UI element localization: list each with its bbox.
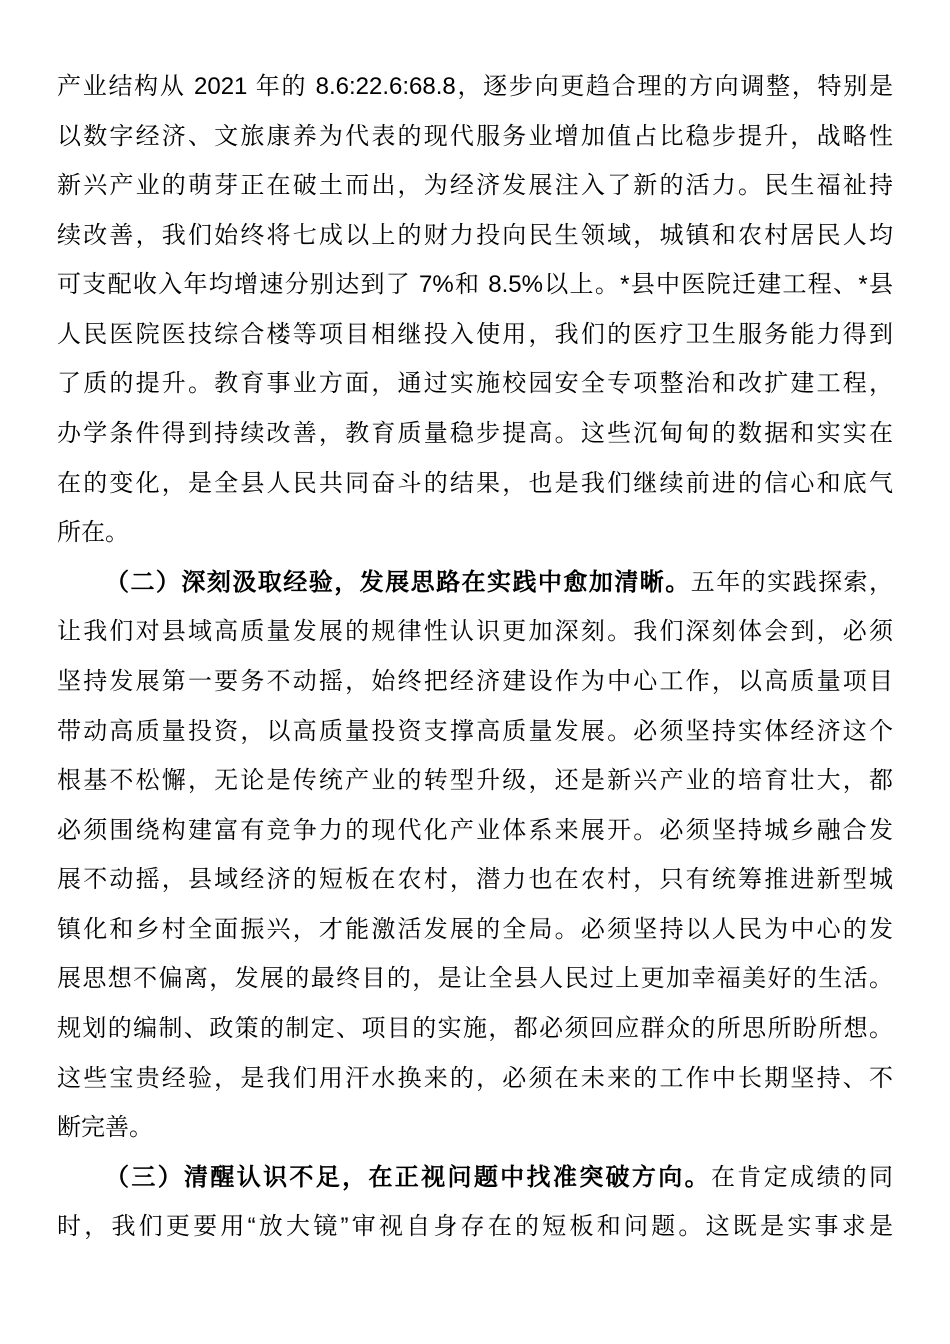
text-line: 人民医院医技综合楼等项目相继投入使用，我们的医疗卫生服务能力得到 [57, 310, 893, 360]
body-text: 规划的编制、政策的制定、项目的实施，都必须回应群众的所思所盼所想。 [57, 1015, 893, 1042]
body-text: 在的变化，是全县人民共同奋斗的结果，也是我们继续前进的信心和底气 [57, 470, 893, 497]
text-line: 镇化和乡村全面振兴，才能激活发展的全局。必须坚持以人民为中心的发 [57, 905, 893, 955]
text-line: 展不动摇，县域经济的短板在农村，潜力也在农村，只有统筹推进新型城 [57, 855, 893, 905]
body-text: 必须围绕构建富有竞争力的现代化产业体系来展开。必须坚持城乡融合发 [57, 817, 893, 844]
section-heading-text: （三）清醒认识不足，在正视问题中找准突破方向。 [105, 1164, 711, 1191]
text-line: 根基不松懈，无论是传统产业的转型升级，还是新兴产业的培育壮大，都 [57, 756, 893, 806]
body-text: 在肯定成绩的同 [711, 1164, 893, 1191]
body-text: 让我们对县域高质量发展的规律性认识更加深刻。我们深刻体会到，必须 [57, 618, 893, 645]
text-line: 展思想不偏离，发展的最终目的，是让全县人民过上更加幸福美好的生活。 [57, 954, 893, 1004]
text-line: 这些宝贵经验，是我们用汗水换来的，必须在未来的工作中长期坚持、不 [57, 1054, 893, 1104]
body-text: 以数字经济、文旅康养为代表的现代服务业增加值占比稳步提升，战略性 [57, 123, 893, 150]
body-text: 展不动摇，县域经济的短板在农村，潜力也在农村，只有统筹推进新型城 [57, 866, 893, 893]
document-page: 产业结构从 2021 年的 8.6:22.6:68.8，逐步向更趋合理的方向调整… [0, 0, 950, 1344]
text-line: 所在。 [57, 508, 893, 558]
text-line: 办学条件得到持续改善，教育质量稳步提高。这些沉甸甸的数据和实实在 [57, 409, 893, 459]
text-line: 时，我们更要用“放大镜”审视自身存在的短板和问题。这既是实事求是 [57, 1202, 893, 1252]
text-line: 让我们对县域高质量发展的规律性认识更加深刻。我们深刻体会到，必须 [57, 607, 893, 657]
body-text: 展思想不偏离，发展的最终目的，是让全县人民过上更加幸福美好的生活。 [57, 965, 893, 992]
body-text: 产业结构从 2021 年的 8.6:22.6:68.8，逐步向更趋合理的方向调整… [57, 73, 893, 100]
body-text: 坚持发展第一要务不动摇，始终把经济建设作为中心工作，以高质量项目 [57, 668, 893, 695]
body-text: 人民医院医技综合楼等项目相继投入使用，我们的医疗卫生服务能力得到 [57, 321, 893, 348]
document-body: 产业结构从 2021 年的 8.6:22.6:68.8，逐步向更趋合理的方向调整… [57, 62, 893, 1252]
text-line: 带动高质量投资，以高质量投资支撑高质量发展。必须坚持实体经济这个 [57, 707, 893, 757]
text-line: 必须围绕构建富有竞争力的现代化产业体系来展开。必须坚持城乡融合发 [57, 806, 893, 856]
body-text: 了质的提升。教育事业方面，通过实施校园安全专项整治和改扩建工程， [57, 370, 893, 397]
body-text: 带动高质量投资，以高质量投资支撑高质量发展。必须坚持实体经济这个 [57, 718, 893, 745]
body-text: 五年的实践探索， [691, 569, 893, 596]
section-heading-text: （二）深刻汲取经验，发展思路在实践中愈加清晰。 [105, 569, 691, 596]
text-line: 规划的编制、政策的制定、项目的实施，都必须回应群众的所思所盼所想。 [57, 1004, 893, 1054]
text-line: 以数字经济、文旅康养为代表的现代服务业增加值占比稳步提升，战略性 [57, 112, 893, 162]
section-heading-line: （三）清醒认识不足，在正视问题中找准突破方向。在肯定成绩的同 [57, 1153, 893, 1203]
text-line: 新兴产业的萌芽正在破土而出，为经济发展注入了新的活力。民生福祉持 [57, 161, 893, 211]
body-text: 续改善，我们始终将七成以上的财力投向民生领域，城镇和农村居民人均 [57, 222, 893, 249]
body-text: 办学条件得到持续改善，教育质量稳步提高。这些沉甸甸的数据和实实在 [57, 420, 893, 447]
body-text: 根基不松懈，无论是传统产业的转型升级，还是新兴产业的培育壮大，都 [57, 767, 893, 794]
section-heading-line: （二）深刻汲取经验，发展思路在实践中愈加清晰。五年的实践探索， [57, 558, 893, 608]
text-line: 断完善。 [57, 1103, 893, 1153]
body-text: 所在。 [57, 519, 129, 546]
text-line: 可支配收入年均增速分别达到了 7%和 8.5%以上。*县中医院迁建工程、*县 [57, 260, 893, 310]
text-line: 产业结构从 2021 年的 8.6:22.6:68.8，逐步向更趋合理的方向调整… [57, 62, 893, 112]
body-text: 可支配收入年均增速分别达到了 7%和 8.5%以上。*县中医院迁建工程、*县 [57, 271, 893, 298]
body-text: 镇化和乡村全面振兴，才能激活发展的全局。必须坚持以人民为中心的发 [57, 916, 893, 943]
text-line: 坚持发展第一要务不动摇，始终把经济建设作为中心工作，以高质量项目 [57, 657, 893, 707]
body-text: 时，我们更要用“放大镜”审视自身存在的短板和问题。这既是实事求是 [57, 1213, 893, 1240]
text-line: 了质的提升。教育事业方面，通过实施校园安全专项整治和改扩建工程， [57, 359, 893, 409]
body-text: 新兴产业的萌芽正在破土而出，为经济发展注入了新的活力。民生福祉持 [57, 172, 893, 199]
text-line: 在的变化，是全县人民共同奋斗的结果，也是我们继续前进的信心和底气 [57, 459, 893, 509]
body-text: 断完善。 [57, 1114, 153, 1141]
body-text: 这些宝贵经验，是我们用汗水换来的，必须在未来的工作中长期坚持、不 [57, 1065, 893, 1092]
text-line: 续改善，我们始终将七成以上的财力投向民生领域，城镇和农村居民人均 [57, 211, 893, 261]
